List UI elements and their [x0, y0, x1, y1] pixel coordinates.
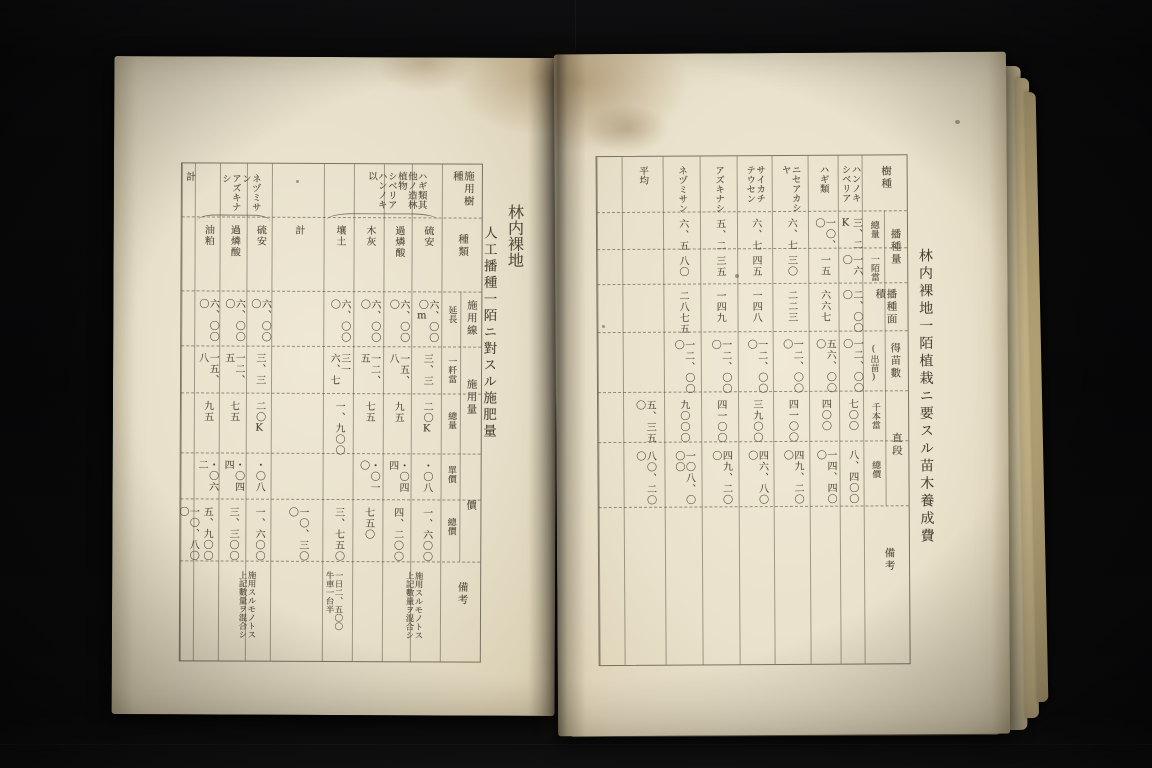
cell-per-km: 一二、五 [353, 349, 383, 396]
header-seedlings-text: 得苗數 [889, 338, 900, 398]
cell-total: 七五 [219, 396, 246, 456]
cell-unit-price-text: ・〇六二 [195, 455, 216, 501]
cell-total-price: 四、二〇〇 [382, 503, 410, 565]
left-page-title: 人工播種一陌ニ對スル施肥量 [481, 226, 496, 441]
cell-price-per1000: 九〇〇〇 [664, 395, 701, 445]
species-group-label: シベリアハンノキ以ハギ類其他ノ造林植物 [352, 167, 440, 217]
cell-length: 六、〇〇〇 [323, 295, 353, 350]
cell-sowing-per: 一五 [808, 251, 838, 286]
cell-sowing-total-text: 三、二K [839, 214, 860, 251]
cell-seedlings-text: 一二、〇〇〇 [745, 335, 766, 395]
cell-area-text: 六六七 [818, 286, 829, 334]
cell-seedlings: 一二、〇〇〇 [701, 335, 738, 395]
cell-seedlings: 五六、〇〇〇 [809, 335, 839, 395]
cell-total: 一、九〇〇 [323, 397, 353, 457]
cell-price-per1000-text: 五、三五〇 [633, 396, 654, 446]
cell-per-km [181, 348, 194, 395]
remark-note-text: 一日二、五〇〇 [333, 567, 342, 659]
header-seedlings: 得苗數 [883, 338, 907, 398]
cell-total-price-text: 八〇、二〇〇 [633, 447, 654, 512]
cell-per-km-text: 三、三 [421, 349, 432, 396]
header-line-length-sub-text: 延長 [446, 301, 456, 356]
cell-sowing-total-text: 六、七 [785, 214, 796, 251]
cell-seedlings-text: 一二、〇〇〇 [780, 335, 801, 395]
cell-total: 七五 [353, 397, 383, 457]
cell-species-name-text: テウセン [744, 161, 754, 216]
header-kind-text: 種類 [457, 230, 468, 290]
cell-per-km: 三一六、七 [323, 349, 353, 396]
cell-sowing-per: 八〇 [663, 251, 700, 286]
cell-total-price: 七五〇 [352, 503, 382, 565]
foxing-speck [955, 120, 960, 124]
header-sowing-total: 總量 [862, 216, 884, 253]
cell-total-price-text: 四六、八〇〇 [745, 446, 766, 511]
cell-species-name-text: ハギ類 [818, 161, 828, 216]
cell-length-text: 六、〇〇〇m [416, 295, 437, 350]
cell-area: 一四九 [700, 286, 737, 334]
cell-length [271, 295, 323, 350]
cell-price-per1000-text: 四一〇〇 [714, 395, 725, 445]
cell-sowing-per: 三〇 [772, 251, 808, 286]
cell-per-km-text: 一二、五 [222, 349, 243, 396]
cell-total: 九五 [383, 397, 411, 457]
cell-per-km: 三、三 [411, 349, 441, 396]
cell-unit-price-text: ・〇四四 [386, 456, 407, 502]
cell-total-price: 一〇、八〇〇 [180, 502, 193, 564]
header-applied-species-text: 施用樹種 [452, 167, 474, 220]
cell-area-text: 二、〇〇〇 [840, 286, 861, 334]
header-amount-total: 總量 [441, 407, 460, 467]
cell-area: 二二三 [772, 286, 808, 334]
header-price-total-text: 總價 [870, 456, 880, 521]
cell-species-name: 平均 [622, 162, 663, 217]
cell-total-price: 八〇、二〇〇 [623, 447, 664, 512]
cell-per-km: 一五、八 [383, 349, 411, 396]
cell-per-km: 一五、八 [194, 348, 219, 395]
cell-kind: 木灰 [353, 221, 383, 291]
remark-note: 牛車一台半一日二、五〇〇 [316, 567, 350, 659]
cell-seedlings: 一二、〇〇〇 [839, 335, 863, 395]
cell-kind: 硫安 [246, 221, 271, 291]
cell-sowing-total-text: 六、五 [676, 215, 687, 252]
foxing-speck [735, 274, 739, 278]
cell-total-price: 一、六〇〇 [410, 503, 440, 565]
cell-kind: 硫安 [411, 221, 441, 291]
header-price-per1000: 千本當 [863, 398, 885, 448]
cell-unit-price-text: ・〇四四 [221, 456, 242, 502]
cell-unit-price: ・〇八 [245, 456, 270, 502]
header-price-per1000-text: 千本當 [869, 398, 879, 448]
cell-species-name: シベリアハンノキ [838, 161, 862, 216]
header-species: 樹種 [872, 161, 900, 216]
cell-total-price: 三、七五〇 [322, 503, 352, 565]
header-kind: 種類 [447, 229, 477, 289]
cell-sowing-per: 四五 [737, 251, 772, 286]
cell-area: 一四八 [737, 286, 772, 334]
cell-total-price [598, 447, 623, 512]
cell-price-per1000: 七〇〇 [839, 395, 863, 445]
cell-length-text: 六、〇〇〇 [358, 295, 379, 350]
cell-sowing-total: 一〇、〇 [808, 214, 838, 251]
cell-area: 二、〇〇〇 [838, 286, 862, 334]
cell-length: 六、〇〇〇 [219, 294, 246, 349]
cell-kind-text: 木灰 [363, 221, 374, 291]
cell-total-price-text: 一〇、三〇〇 [286, 503, 307, 565]
cell-kind-text: 油粕 [202, 220, 213, 290]
cell-kind: 過燐酸 [219, 220, 246, 290]
header-unit-price-text: 單價 [445, 461, 455, 507]
header-sowing-text: 播種量 [889, 224, 900, 270]
background-seam [0, 744, 1152, 745]
cell-total-price-text: 一〇、八〇〇 [176, 502, 197, 564]
header-amount-total-text: 總量 [445, 407, 455, 467]
remark-note: 上記數量ヲ混合シ施用スルモノトス [224, 567, 268, 659]
cell-seedlings-text: 五六、〇〇〇 [813, 335, 834, 395]
cell-total-price: 四六、八〇〇 [738, 446, 773, 511]
cell-unit-price: ・〇四四 [218, 455, 245, 501]
header-price: 價 [460, 496, 480, 520]
left-page: 林内裸地 人工播種一陌ニ對スル施肥量 施用樹種種類施用線延長施用量一粁當總量價單… [112, 56, 558, 716]
cell-unit-price [180, 455, 193, 501]
cell-kind-text: 硫安 [421, 221, 432, 291]
cell-total-price: 八、四〇〇 [839, 446, 863, 511]
cell-total-price: 一、六〇〇 [245, 503, 270, 565]
cell-sowing-total [597, 215, 622, 252]
cell-unit-price-text: ・〇一〇 [357, 456, 378, 502]
cell-seedlings [598, 336, 623, 396]
cell-area: 二八七五 [663, 286, 700, 334]
cell-sowing-per [597, 252, 622, 287]
cell-species-name: テウセンサイカチ [737, 161, 772, 216]
cell-kind: 計 [182, 167, 195, 237]
header-species-text: 樹種 [880, 161, 891, 216]
cell-species-name-text: ハンノキ [850, 161, 860, 216]
cell-species-name-text: シベリア [840, 161, 850, 216]
header-price-text: 價 [465, 496, 476, 520]
cell-kind: 計 [271, 221, 323, 291]
species-group-label-text: シベリアハンノキ以 [366, 167, 396, 217]
cell-sowing-total-text: 六、七 [749, 214, 760, 251]
cell-total [181, 396, 194, 456]
cell-total-price-text: 一、六〇〇 [252, 503, 263, 565]
cell-species-name: ハギ類 [808, 161, 838, 216]
cell-area-text: 一四九 [714, 286, 725, 334]
right-page-title-text: 林内裸地一陌植栽ニ要スル苗木養成費 [917, 248, 934, 546]
cell-area-text: 二八七五 [677, 287, 688, 335]
cell-per-km: 一二、五 [219, 348, 246, 395]
cell-total-price-text: 三、七五〇 [332, 503, 343, 565]
header-remarks: 備考 [876, 543, 903, 629]
cell-sowing-total: 六、七 [772, 214, 808, 251]
cell-total-price-text: 一、六〇〇 [420, 503, 431, 565]
cell-unit-price [270, 456, 322, 502]
cell-total: 二〇K [246, 397, 271, 457]
cell-seedlings [623, 336, 664, 396]
cell-sowing-total-text: 五、二 [713, 214, 724, 251]
cell-per-km-text: 一五、八 [196, 348, 217, 395]
cell-area: 六六七 [808, 286, 838, 334]
cell-sowing-per-text: 一六〇 [840, 251, 861, 286]
header-line-length-text: 施用線 [466, 296, 477, 351]
cell-total-price: 四九、二〇〇 [773, 446, 809, 511]
cell-total-price-text: 四、二〇〇 [391, 503, 402, 565]
cell-length: 六、〇〇〇 [194, 294, 219, 349]
species-group-label-text: アズキナシ [220, 169, 240, 217]
cell-price-per1000: 四一〇〇 [701, 395, 738, 445]
cell-total-price: 三、三〇〇 [218, 502, 245, 564]
cell-total-text: 七五 [362, 397, 373, 457]
background-seam [575, 0, 576, 52]
cell-species-name-text: ネヅミサン [676, 162, 686, 217]
cell-total-text: 二〇K [253, 397, 264, 457]
header-sowing-per: 一陌當 [862, 250, 884, 285]
cell-total-price-text: 四九、二〇〇 [781, 446, 802, 511]
cell-per-km: 三、三 [246, 349, 271, 396]
header-unit-price: 單價 [440, 461, 459, 507]
header-line-length: 施用線 [461, 296, 481, 351]
cell-species-name-text: サイカチ [754, 161, 764, 216]
header-sowing-per-text: 一陌當 [868, 250, 878, 285]
left-page-title-text: 人工播種一陌ニ對スル施肥量 [481, 226, 496, 441]
cell-kind-text: 壤土 [333, 221, 344, 291]
remark-note-text: 牛車一台半 [324, 567, 333, 659]
cell-total-price: 一〇、三〇〇 [270, 503, 322, 565]
header-sowing-total-text: 總量 [868, 216, 878, 253]
foxing-speck [296, 180, 299, 183]
cell-species-name: アズキナシ [700, 161, 737, 216]
cell-total-text: 一、九〇〇 [332, 397, 343, 457]
species-group-brace [197, 214, 271, 221]
cell-kind-text: 硫安 [254, 221, 265, 291]
header-area: 播種面積 [872, 284, 898, 332]
header-price: 直段 [886, 428, 906, 474]
cell-per-km-text: 三、三 [253, 349, 264, 396]
species-group-brace [327, 213, 439, 220]
cell-price-per1000-text: 三九〇〇 [750, 395, 761, 445]
cell-total-price-text: 七五〇 [362, 503, 373, 565]
cell-total-price-text: 三、三〇〇 [226, 503, 237, 565]
cell-sowing-per-text: 三〇 [785, 251, 796, 286]
cell-price-per1000 [598, 396, 623, 446]
cell-sowing-total: 三、二K [838, 214, 862, 251]
cell-total-price-text: 八、四〇〇 [846, 446, 857, 511]
cell-total-price: 一〇八、〇〇〇 [664, 446, 701, 511]
remark-note-text: 施用スルモノトス [246, 567, 255, 659]
cell-length: 六、〇〇〇 [383, 295, 411, 350]
cell-total-price-text: 一四、四〇〇 [814, 446, 835, 511]
cell-length: 六、〇〇〇m [411, 295, 441, 350]
cell-price-per1000: 三九〇〇 [738, 395, 773, 445]
species-group-label-text: ネヅミサン [240, 170, 260, 218]
cell-price-per1000-text: 七〇〇 [846, 395, 857, 445]
cell-total-price-text: 五、九〇〇 [200, 502, 211, 564]
cell-per-km-text: 三一六、七 [327, 349, 348, 396]
cell-area [597, 287, 622, 335]
header-price-total: 總價 [863, 456, 885, 521]
remark-note: 上記數量ヲ混合シ施用スルモノトス [388, 567, 438, 659]
header-remarks-text: 備考 [883, 543, 895, 629]
cell-sowing-total-text: 一〇、〇 [812, 214, 833, 251]
left-table: 施用樹種種類施用線延長施用量一粁當總量價單價總價備考硫安六、〇〇〇m三、三二〇K… [179, 162, 483, 662]
foxing-speck [602, 325, 605, 328]
cell-kind-text: 計 [183, 167, 194, 237]
cell-total-text: 九五 [201, 396, 212, 456]
header-total-price-text: 總價 [445, 513, 455, 575]
cell-area-text: 二二三 [785, 286, 796, 334]
left-page-title-annotation: 林内裸地 [506, 204, 523, 268]
cell-kind-text: 過燐酸 [392, 221, 403, 291]
cell-per-km-text: 一二、五 [357, 349, 378, 396]
cell-kind-text: 過燐酸 [228, 221, 239, 291]
cell-sowing-per-text: 四五 [749, 251, 760, 286]
cell-total-price-text: 四九、二〇〇 [709, 446, 730, 511]
cell-seedlings: 一二、〇〇〇 [664, 335, 701, 395]
header-remarks-text: 備考 [456, 578, 467, 648]
cell-species-name-text: 平均 [637, 162, 647, 217]
cell-seedlings-text: 一二、〇〇〇 [672, 336, 693, 396]
cell-kind: 過燐酸 [383, 221, 411, 291]
cell-price-per1000: 四〇〇 [809, 395, 839, 445]
cell-total-price: 一四、四〇〇 [809, 446, 839, 511]
right-page-title: 林内裸地一陌植栽ニ要スル苗木養成費 [917, 248, 934, 546]
cell-unit-price: ・〇八 [410, 456, 440, 502]
species-group-label-text: ハギ類其他ノ造林植物 [396, 167, 426, 217]
cell-length-text: 六、〇〇〇 [248, 295, 269, 350]
cell-length-text: 六、〇〇〇 [328, 295, 349, 350]
header-amount-per-km-text: 一粁當 [446, 352, 456, 399]
cell-length-text: 六、〇〇〇 [222, 295, 243, 350]
cell-sowing-per [622, 252, 663, 287]
cell-seedlings: 一二、〇〇〇 [738, 335, 773, 395]
header-total-price: 總價 [440, 513, 459, 575]
cell-species-name-text: ニセアカシヤ [780, 161, 800, 216]
cell-per-km [271, 349, 323, 396]
cell-price-per1000-text: 四一〇〇 [786, 395, 797, 445]
cell-total-text: 九五 [391, 397, 402, 457]
header-price-text: 直段 [891, 428, 902, 474]
cell-area-text: 一四八 [750, 286, 761, 334]
header-amount: 施用量 [461, 375, 481, 435]
cell-sowing-per-text: 三五 [713, 251, 724, 286]
cell-sowing-per: 三五 [700, 251, 737, 286]
cell-seedlings-text: 一二、〇〇〇 [709, 335, 730, 395]
cell-species-name-text: アズキナシ [713, 161, 723, 216]
header-applied-species: 施用樹種 [448, 166, 478, 219]
cell-sowing-total [622, 215, 663, 252]
header-seedlings-note: (出苗) [863, 340, 883, 400]
cell-unit-price: ・〇六二 [193, 455, 218, 501]
cell-sowing-total: 六、五 [663, 214, 700, 251]
cell-unit-price [322, 456, 352, 502]
cell-total-price: 四九、二〇〇 [701, 446, 738, 511]
cell-species-name [597, 162, 622, 217]
cell-price-per1000: 五、三五〇 [623, 396, 664, 446]
cell-sowing-total: 五、二 [700, 214, 737, 251]
header-remarks: 備考 [448, 577, 476, 647]
header-line-length-sub: 延長 [441, 301, 460, 356]
cell-sowing-per: 一六〇 [838, 251, 862, 286]
cell-length: 六、〇〇〇 [353, 295, 383, 350]
remark-note-text: 施用スルモノトス [413, 567, 422, 659]
remark-note-text: 上記數量ヲ混合シ [237, 567, 246, 659]
cell-length-text: 六、〇〇〇 [387, 295, 408, 350]
cell-price-per1000-text: 九〇〇〇 [677, 396, 688, 446]
cell-kind: 壤土 [323, 221, 353, 291]
cell-total-text: 七五 [227, 397, 238, 457]
cell-length-text: 六、〇〇〇 [196, 294, 217, 349]
cell-total [271, 397, 323, 457]
remark-note-text: 上記數量ヲ混合シ [404, 567, 413, 659]
right-table: 樹種播種量總量一陌當播種面積得苗數(出苗)直段千本當總價備考シベリアハンノキ三、… [596, 154, 911, 666]
cell-species-name: ニセアカシヤ [772, 161, 808, 216]
cell-price-per1000: 四一〇〇 [773, 395, 809, 445]
header-amount-text: 施用量 [465, 375, 476, 435]
species-group-label: アズキナシネヅミサン [214, 169, 266, 217]
cell-price-per1000-text: 四〇〇 [819, 395, 830, 445]
cell-sowing-per-text: 一五 [818, 251, 829, 286]
cell-seedlings: 一二、〇〇〇 [773, 335, 809, 395]
cell-per-km-text: 一五、八 [386, 349, 407, 396]
cell-total: 二〇K [411, 397, 441, 457]
header-sowing: 播種量 [885, 224, 905, 270]
header-amount-per-km: 一粁當 [441, 352, 460, 399]
cell-kind-text: 計 [292, 221, 303, 291]
cell-sowing-total: 六、七 [737, 214, 772, 251]
cell-species-name: ネヅミサン [663, 161, 700, 216]
cell-sowing-per-text: 八〇 [676, 252, 687, 287]
right-page: 林内裸地一陌植栽ニ要スル苗木養成費 樹種播種量總量一陌當播種面積得苗數(出苗)直… [554, 52, 1010, 737]
cell-unit-price: ・〇四四 [382, 456, 410, 502]
header-seedlings-note-text: (出苗) [868, 340, 878, 400]
cell-unit-price-text: ・〇八 [253, 456, 264, 502]
cell-seedlings-text: 一二、〇〇〇 [840, 335, 861, 395]
cell-length: 六、〇〇〇 [246, 295, 271, 350]
cell-total: 九五 [194, 396, 219, 456]
cell-kind: 油粕 [194, 220, 219, 290]
cell-unit-price: ・〇一〇 [352, 456, 382, 502]
photo-canvas: 林内裸地 人工播種一陌ニ對スル施肥量 施用樹種種類施用線延長施用量一粁當總量價單… [0, 0, 1152, 768]
cell-unit-price-text: ・〇八 [420, 456, 431, 502]
cell-total-text: 二〇K [420, 397, 431, 457]
cell-total-price-text: 一〇八、〇〇〇 [672, 447, 693, 512]
cell-length [181, 294, 194, 349]
cell-area [622, 287, 663, 335]
header-area-text: 播種面積 [874, 284, 896, 332]
